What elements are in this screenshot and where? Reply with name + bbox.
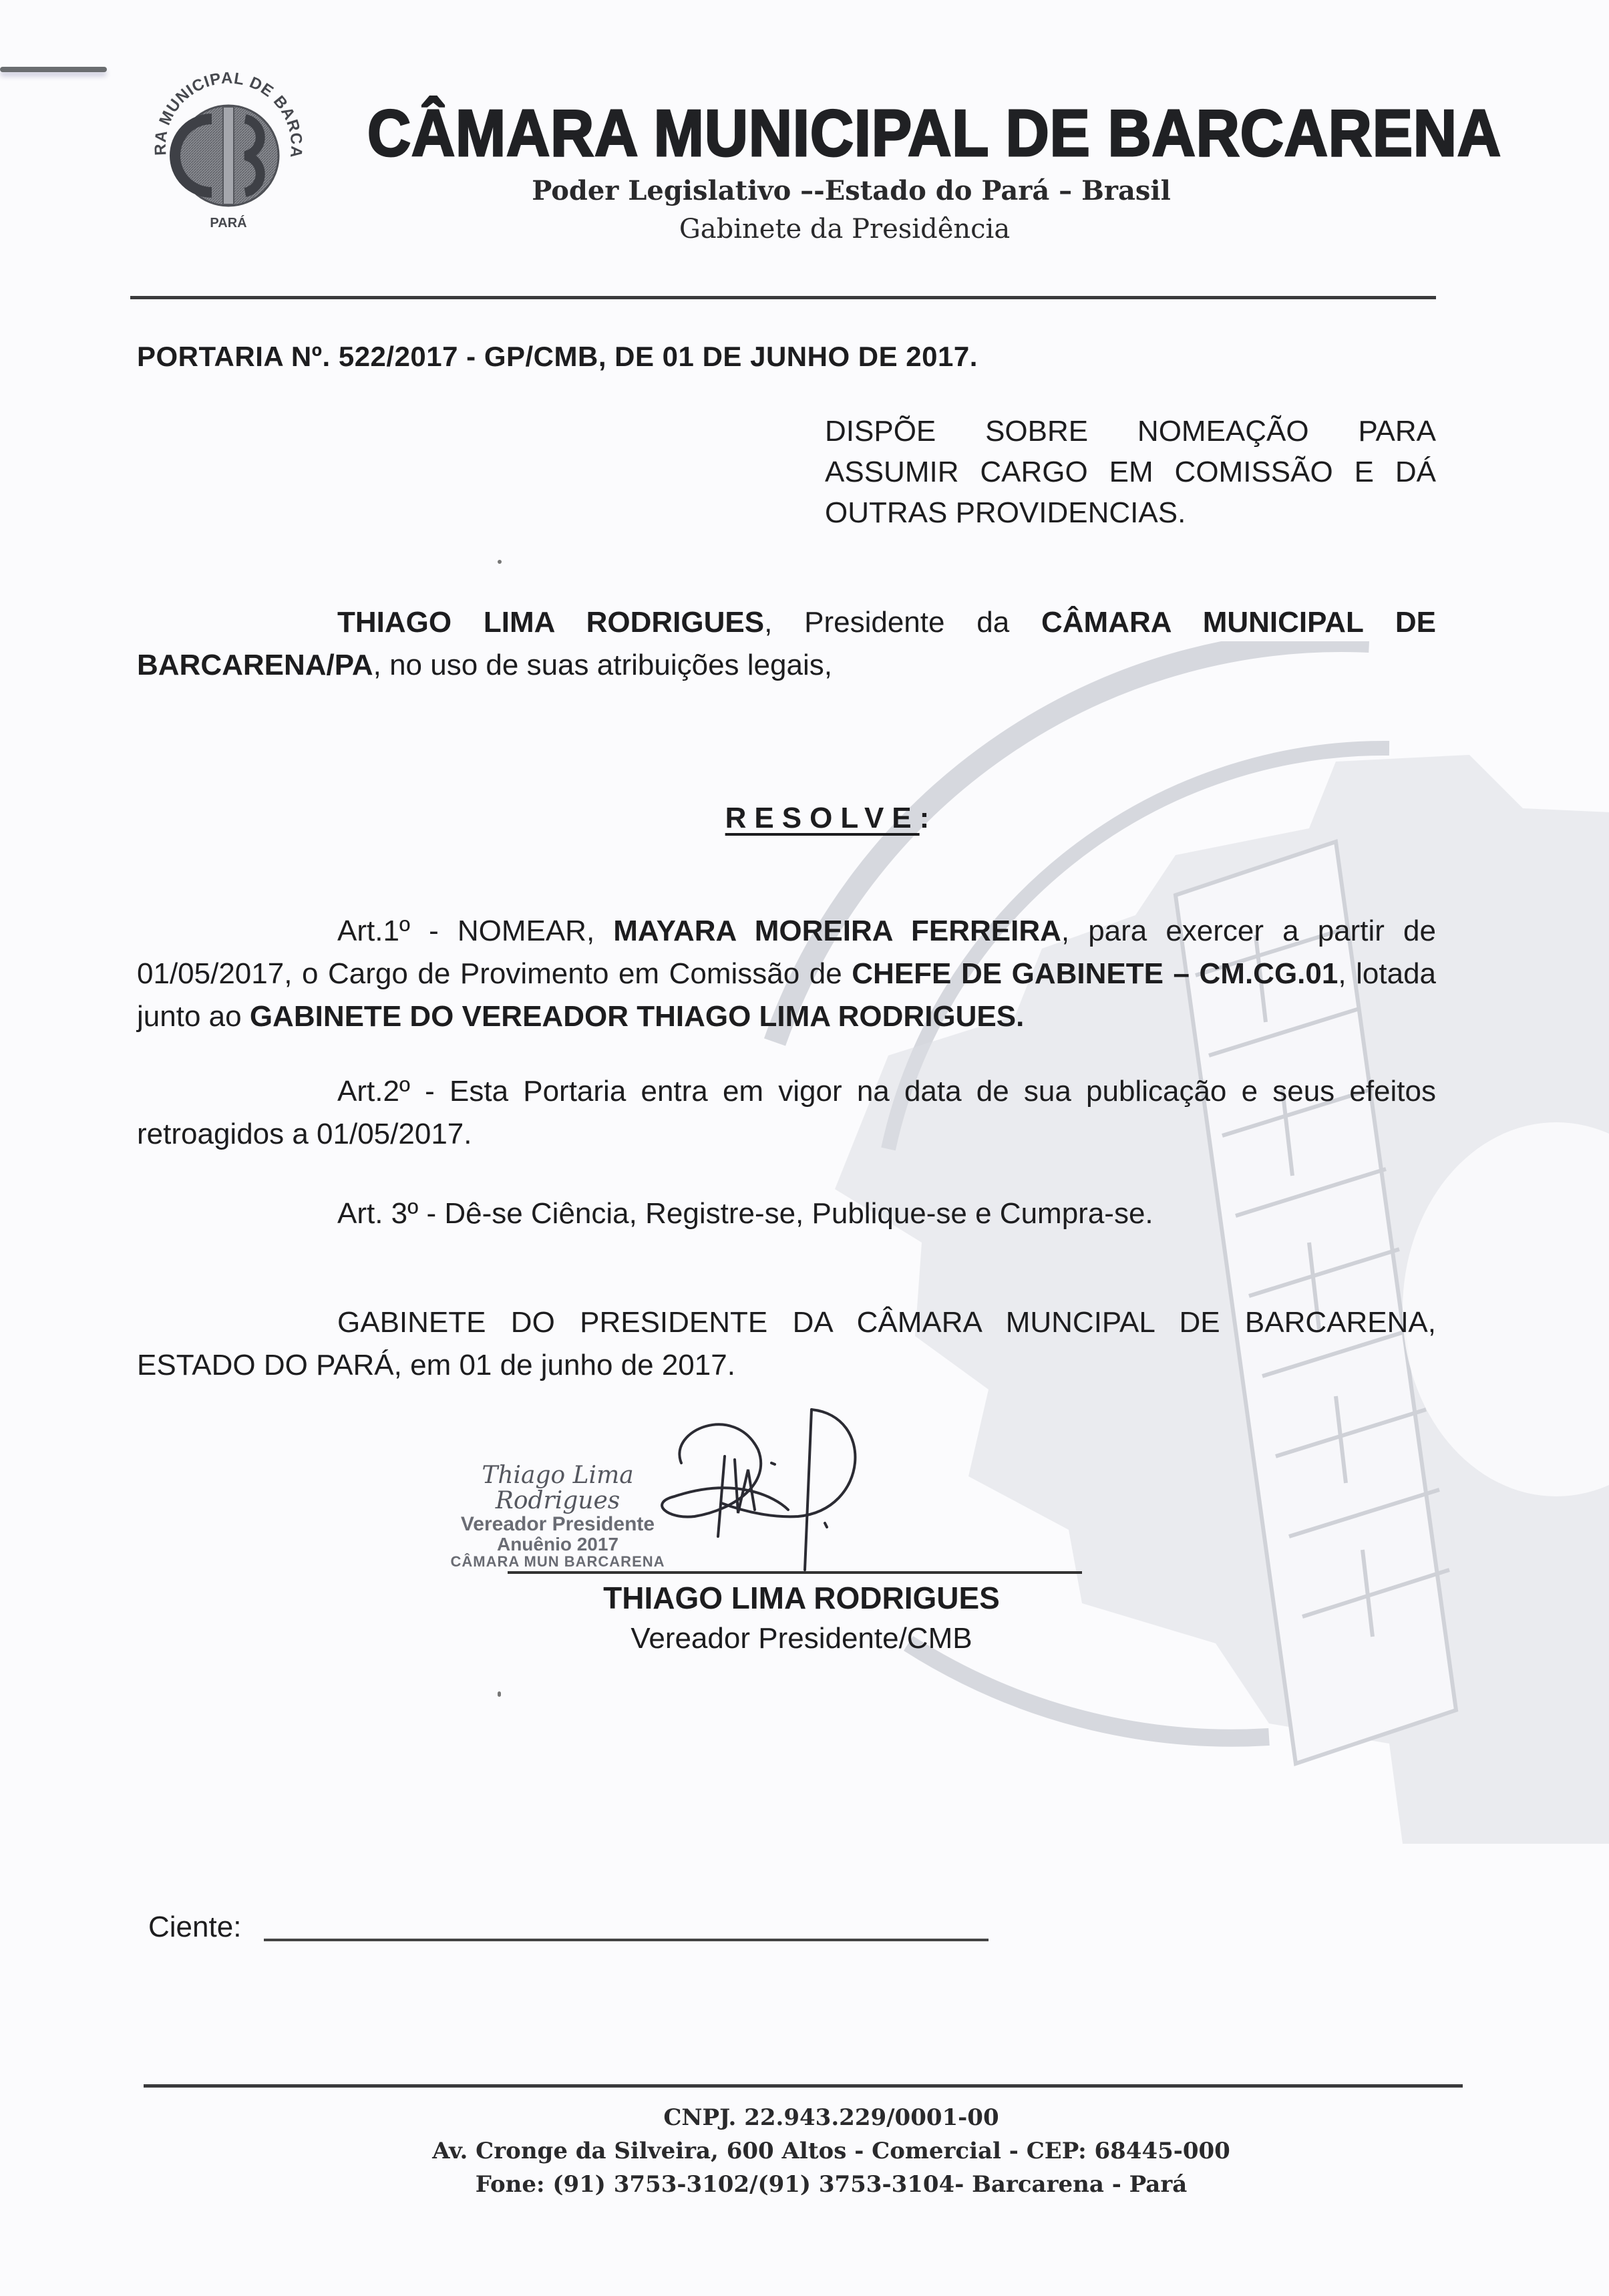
document-summary: DISPÕE SOBRE NOMEAÇÃO PARA ASSUMIR CARGO… xyxy=(825,411,1436,533)
signatory-role: Vereador Presidente/CMB xyxy=(427,1622,1135,1655)
document-heading: PORTARIA Nº. 522/2017 - GP/CMB, DE 01 DE… xyxy=(137,341,978,373)
preamble-paragraph: THIAGO LIMA RODRIGUES, Presidente da CÂM… xyxy=(137,601,1436,687)
staple-mark xyxy=(0,67,107,72)
signature-line xyxy=(508,1571,1082,1574)
acknowledgement-signature-field[interactable] xyxy=(264,1939,989,1941)
assigned-unit: GABINETE DO VEREADOR THIAGO LIMA RODRIGU… xyxy=(250,1000,1025,1033)
resolve-heading: RESOLVE: xyxy=(0,802,1609,835)
footer-divider xyxy=(144,2084,1463,2088)
footer-phone: Fone: (91) 3753-3102/(91) 3753-3104- Bar… xyxy=(0,2171,1609,2198)
footer-address: Av. Cronge da Silveira, 600 Altos - Come… xyxy=(0,2138,1609,2164)
handwritten-signature-icon xyxy=(655,1403,935,1577)
position-title: CHEFE DE GABINETE – CM.CG.01 xyxy=(852,957,1338,990)
office-name: Gabinete da Presidência xyxy=(0,214,1609,244)
article-2: Art.2º - Esta Portaria entra em vigor na… xyxy=(137,1070,1436,1156)
signatory-name: THIAGO LIMA RODRIGUES xyxy=(427,1580,1135,1616)
footer-cnpj: CNPJ. 22.943.229/0001-00 xyxy=(0,2104,1609,2131)
article-3: Art. 3º - Dê-se Ciência, Registre-se, Pu… xyxy=(137,1192,1436,1235)
president-name: THIAGO LIMA RODRIGUES xyxy=(337,606,764,639)
municipal-seal-icon: CÂMARA MUNICIPAL DE BARCARENA PARÁ xyxy=(148,72,309,232)
header-divider xyxy=(130,296,1436,299)
closing-paragraph: GABINETE DO PRESIDENTE DA CÂMARA MUNCIPA… xyxy=(137,1301,1436,1387)
acknowledgement-label: Ciente: xyxy=(148,1911,241,1944)
article-1: Art.1º - NOMEAR, MAYARA MOREIRA FERREIRA… xyxy=(137,910,1436,1038)
signature-stamp: Thiago Lima Rodrigues Vereador President… xyxy=(437,1463,678,1570)
institution-title: CÂMARA MUNICIPAL DE BARCARENA xyxy=(367,100,1228,166)
appointee-name: MAYARA MOREIRA FERREIRA xyxy=(613,915,1061,947)
scan-speck xyxy=(498,1691,501,1697)
institution-subtitle: Poder Legislativo –-Estado do Pará – Bra… xyxy=(0,175,1609,206)
scan-speck xyxy=(498,560,502,564)
